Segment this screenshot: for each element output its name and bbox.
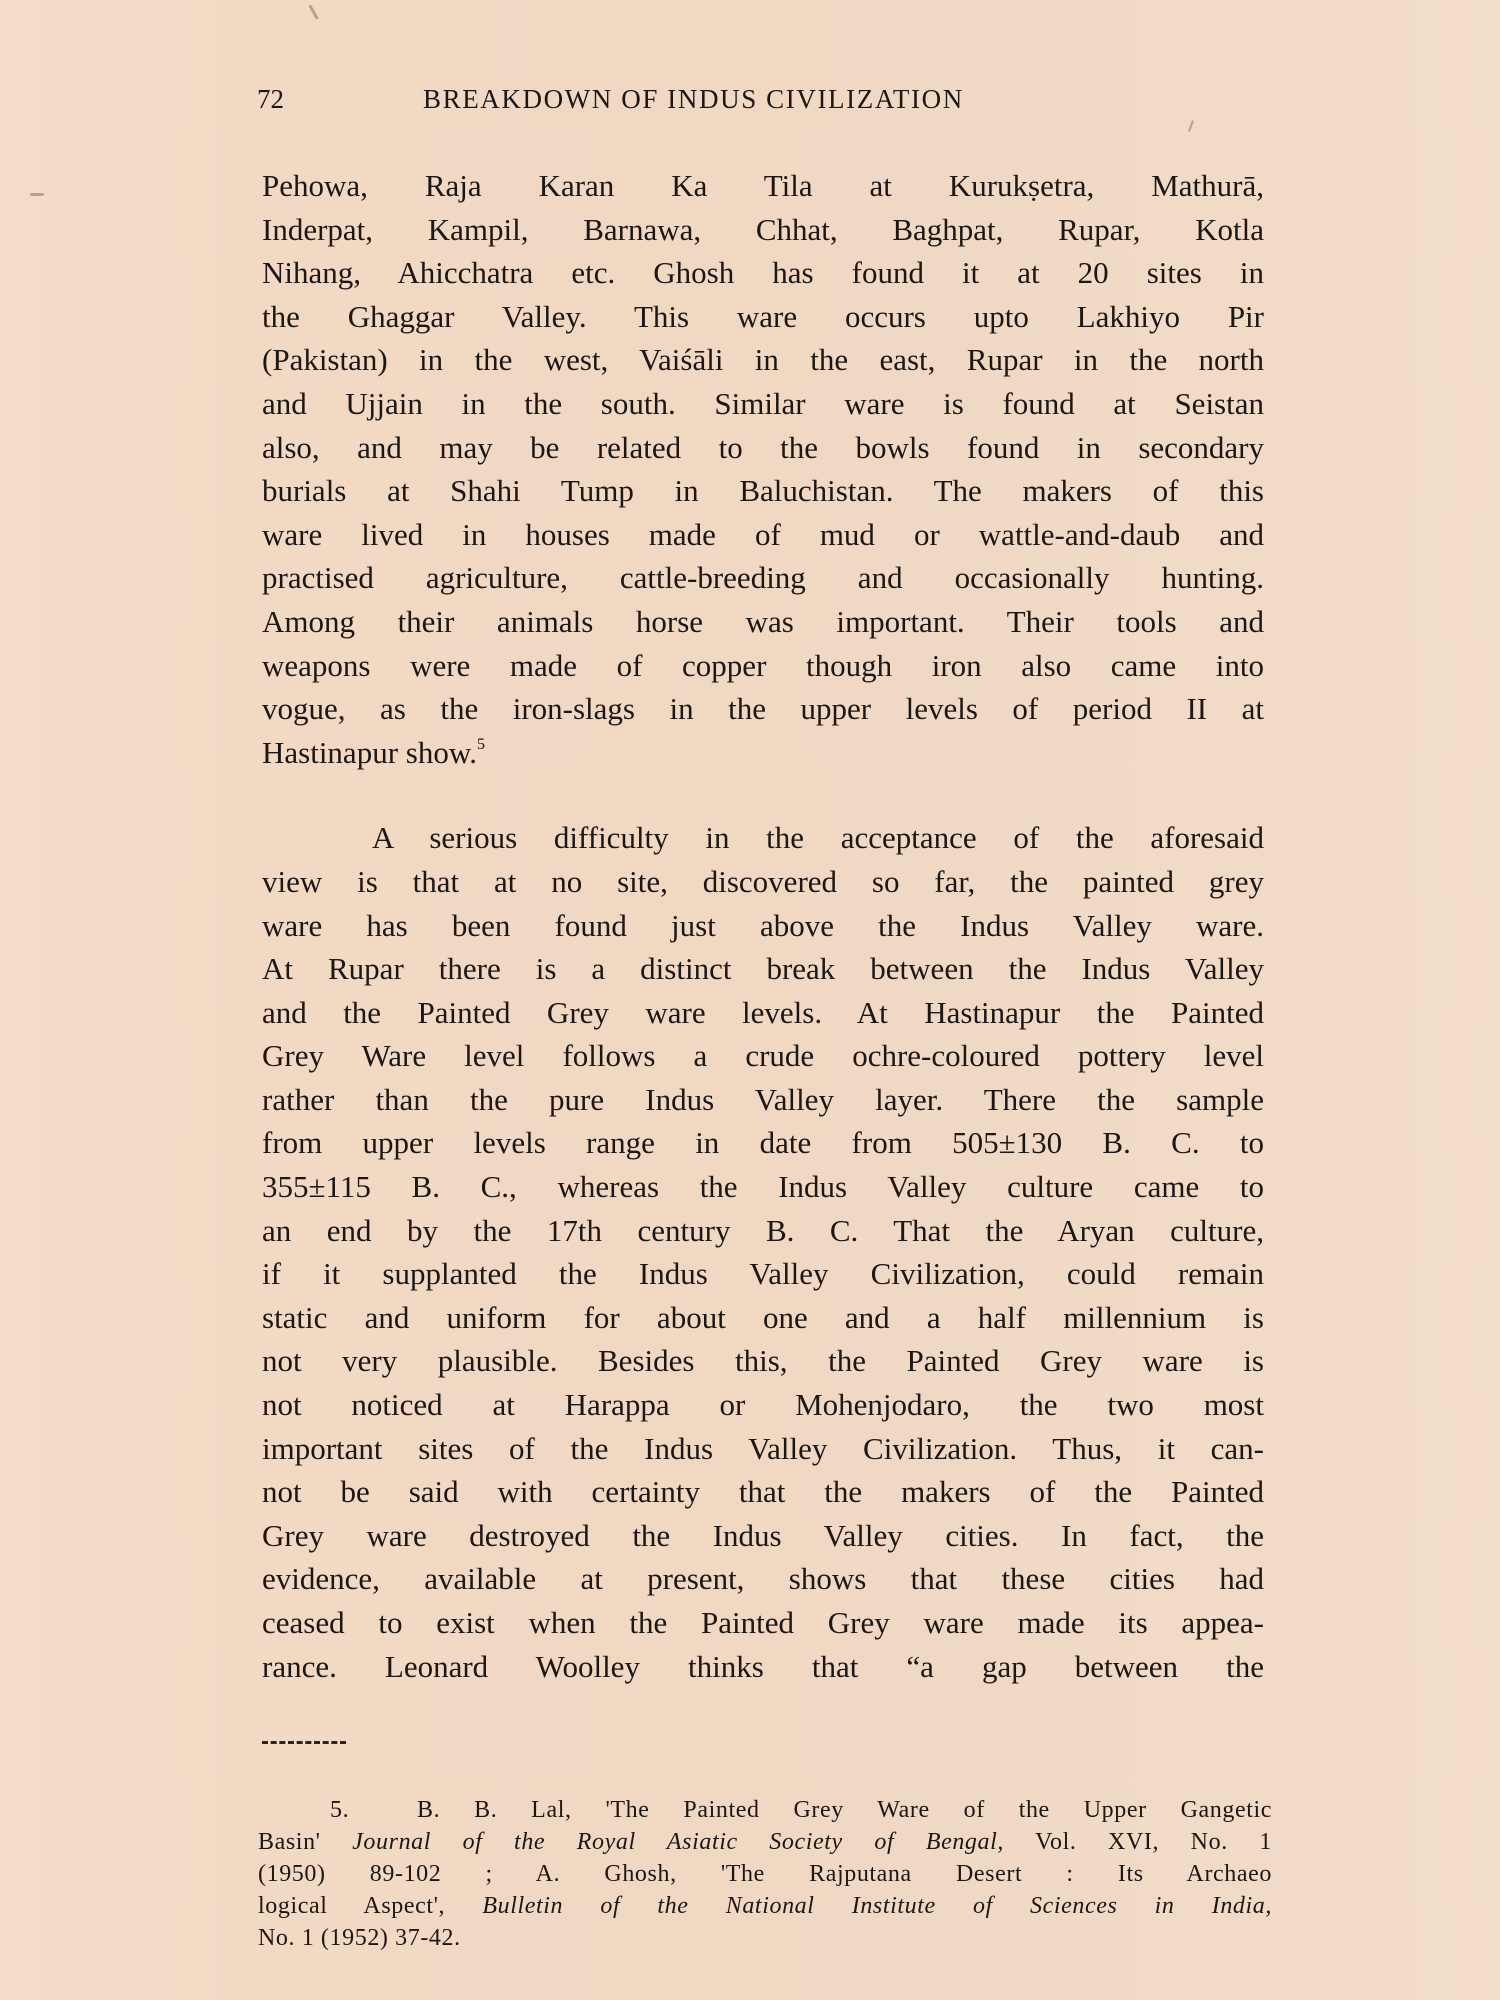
text-line: not noticed at Harappa or Mohenjodaro, t… <box>262 1383 1264 1427</box>
footnote-text: Basin' <box>258 1829 321 1855</box>
footnote-text: logical Aspect', <box>258 1893 445 1919</box>
text-line: ware has been found just above the Indus… <box>262 904 1264 948</box>
text-line: the Ghaggar Valley. This ware occurs upt… <box>262 295 1264 339</box>
text-line: not be said with certainty that the make… <box>262 1470 1264 1514</box>
text-line: also, and may be related to the bowls fo… <box>262 426 1264 470</box>
journal-title: Journal of the Royal Asiatic Society of … <box>352 1829 1004 1855</box>
text-line: burials at Shahi Tump in Baluchistan. Th… <box>262 469 1264 513</box>
scan-speck <box>30 193 44 196</box>
text-line: if it supplanted the Indus Valley Civili… <box>262 1252 1264 1296</box>
text-line: not very plausible. Besides this, the Pa… <box>262 1339 1264 1383</box>
footnote-line: logical Aspect', Bulletin of the Nationa… <box>258 1890 1272 1922</box>
body-text: Pehowa, Raja Karan Ka Tila at Kurukṣetra… <box>262 164 1264 1688</box>
text-line: and Ujjain in the south. Similar ware is… <box>262 382 1264 426</box>
text-line: Grey Ware level follows a crude ochre-co… <box>262 1034 1264 1078</box>
footnote-text: Vol. XVI, No. 1 <box>1035 1829 1272 1855</box>
footnotes: 5. B. B. Lal, 'The Painted Grey Ware of … <box>258 1794 1272 1954</box>
text-line: rather than the pure Indus Valley layer.… <box>262 1078 1264 1122</box>
footnote-line: 5. B. B. Lal, 'The Painted Grey Ware of … <box>258 1794 1272 1826</box>
footnote-separator <box>262 1741 346 1744</box>
text-line: (Pakistan) in the west, Vaiśāli in the e… <box>262 338 1264 382</box>
paragraph-2: A serious difficulty in the acceptance o… <box>262 816 1264 1688</box>
footnote-line: No. 1 (1952) 37-42. <box>258 1922 1272 1954</box>
text-line: view is that at no site, discovered so f… <box>262 860 1264 904</box>
text-line: Inderpat, Kampil, Barnawa, Chhat, Baghpa… <box>262 208 1264 252</box>
text-line: Pehowa, Raja Karan Ka Tila at Kurukṣetra… <box>262 164 1264 208</box>
text-line: ceased to exist when the Painted Grey wa… <box>262 1601 1264 1645</box>
footnote-line: Basin' Journal of the Royal Asiatic Soci… <box>258 1826 1272 1858</box>
text-line-content: Hastinapur show. <box>262 735 477 770</box>
footnote-line: (1950) 89-102 ; A. Ghosh, 'The Rajputana… <box>258 1858 1272 1890</box>
text-line: ware lived in houses made of mud or watt… <box>262 513 1264 557</box>
paragraph-1: Pehowa, Raja Karan Ka Tila at Kurukṣetra… <box>262 164 1264 774</box>
text-line: an end by the 17th century B. C. That th… <box>262 1209 1264 1253</box>
running-header: 72 BREAKDOWN OF INDUS CIVILIZATION <box>257 84 1257 124</box>
text-line: weapons were made of copper though iron … <box>262 644 1264 688</box>
text-line: evidence, available at present, shows th… <box>262 1557 1264 1601</box>
text-line: A serious difficulty in the acceptance o… <box>262 816 1264 860</box>
text-line: static and uniform for about one and a h… <box>262 1296 1264 1340</box>
paragraph-gap <box>262 774 1264 816</box>
text-line: from upper levels range in date from 505… <box>262 1121 1264 1165</box>
text-line: At Rupar there is a distinct break betwe… <box>262 947 1264 991</box>
journal-title: Bulletin of the National Institute of Sc… <box>482 1893 1272 1919</box>
footnote-reference[interactable]: 5 <box>477 736 485 753</box>
running-title: BREAKDOWN OF INDUS CIVILIZATION <box>423 84 964 115</box>
text-line: Among their animals horse was important.… <box>262 600 1264 644</box>
text-line: Hastinapur show.5 <box>262 731 1264 775</box>
text-line: and the Painted Grey ware levels. At Has… <box>262 991 1264 1035</box>
text-line: 355±115 B. C., whereas the Indus Valley … <box>262 1165 1264 1209</box>
text-line: Nihang, Ahicchatra etc. Ghosh has found … <box>262 251 1264 295</box>
footnote-text: B. B. Lal, 'The Painted Grey Ware of the… <box>417 1797 1272 1823</box>
footnote-5: 5. B. B. Lal, 'The Painted Grey Ware of … <box>258 1794 1272 1954</box>
text-line: Grey ware destroyed the Indus Valley cit… <box>262 1514 1264 1558</box>
page-number: 72 <box>257 84 284 115</box>
text-line: rance. Leonard Woolley thinks that “a ga… <box>262 1645 1264 1689</box>
text-line: vogue, as the iron-slags in the upper le… <box>262 687 1264 731</box>
text-line: important sites of the Indus Valley Civi… <box>262 1427 1264 1471</box>
footnote-number: 5. <box>330 1797 349 1823</box>
text-line: practised agriculture, cattle-breeding a… <box>262 556 1264 600</box>
